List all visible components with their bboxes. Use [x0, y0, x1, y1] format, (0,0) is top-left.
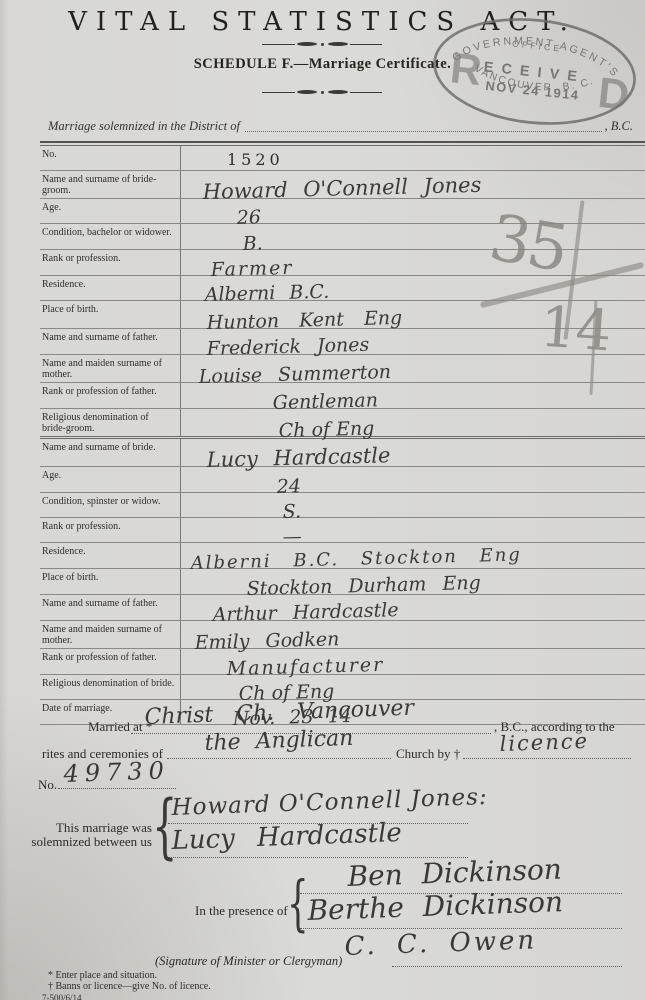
field-value: 24	[277, 477, 302, 497]
field-value: Alberni B.C.	[205, 283, 330, 305]
field-value: Gentleman	[273, 391, 379, 413]
field-value: 26	[237, 208, 262, 228]
table-row: Name and surname of bride-groom. Howard …	[40, 171, 645, 199]
presence-label: In the presence of	[195, 903, 288, 919]
licence-no-label: No.	[38, 777, 57, 793]
field-value: S.	[283, 503, 302, 522]
field-label: Residence.	[40, 276, 181, 300]
field-value: 1520	[227, 152, 284, 168]
district-line: Marriage solemnized in the District of ,…	[48, 119, 633, 134]
print-code: 7-500/6/14	[42, 993, 82, 1000]
ornament-divider	[262, 42, 382, 46]
table-row: Residence. Alberni B.C. Stockton Eng	[40, 543, 645, 569]
table-row: Name and surname of father. Arthur Hardc…	[40, 595, 645, 621]
table-row: Rank or profession. —	[40, 518, 645, 543]
field-label: Rank or profession of father.	[40, 383, 181, 408]
field-value: Farmer	[211, 259, 294, 280]
table-row: Condition, spinster or widow. S.	[40, 493, 645, 518]
minister-signature: C. C. Owen	[344, 927, 537, 960]
minister-signature-label: (Signature of Minister or Clergyman)	[155, 954, 342, 969]
district-prefix: Marriage solemnized in the District of	[48, 119, 240, 134]
rites-value: the Anglican	[204, 728, 354, 755]
table-row: Rank or profession of father. Manufactur…	[40, 649, 645, 675]
table-row: Place of birth. Stockton Durham Eng	[40, 569, 645, 595]
field-value: Frederick Jones	[207, 336, 370, 359]
field-value: —	[283, 528, 302, 547]
licence-no-value: 49730	[63, 758, 170, 786]
pencil-annotation-35: 35	[485, 206, 570, 282]
field-label: Residence.	[40, 543, 181, 568]
field-value: Ch of Eng	[279, 420, 375, 441]
field-label: Rank or profession of father.	[40, 649, 181, 674]
church-by-value: licence	[499, 731, 589, 755]
district-blank-field	[245, 119, 602, 132]
table-row: Rank or profession of father. Gentleman	[40, 383, 645, 409]
field-label: Condition, bachelor or widower.	[40, 224, 181, 249]
field-value: Emily Godken	[195, 630, 340, 653]
field-value: Arthur Hardcastle	[213, 601, 399, 625]
field-label: No.	[40, 146, 181, 170]
table-row: No. 1520	[40, 146, 645, 171]
footnote-1: * Enter place and situation.	[48, 970, 157, 981]
field-value: Lucy Hardcastle	[206, 445, 390, 471]
pencil-annotation-14: 14	[538, 300, 613, 361]
field-label: Name and maiden surname of mother.	[40, 355, 181, 382]
field-label: Place of birth.	[40, 301, 181, 328]
field-label: Name and maiden surname of mother.	[40, 621, 181, 648]
field-value: Hunton Kent Eng	[207, 309, 403, 333]
field-label: Name and surname of bride.	[40, 439, 181, 466]
field-label: Religious denomination of bride-groom.	[40, 409, 181, 436]
marriage-certificate-document: { "header": { "title": "VITAL STATISTICS…	[0, 0, 645, 1000]
stamp-letter-d: D	[596, 69, 632, 120]
field-label: Age.	[40, 467, 181, 492]
field-label: Rank or profession.	[40, 250, 181, 275]
ornament-divider	[262, 90, 382, 94]
solemnized-label-line2: solemnized between us	[28, 834, 152, 850]
table-row: Religious denomination of bride. Ch of E…	[40, 675, 645, 700]
field-value: Louise Summerton	[199, 363, 392, 387]
district-suffix: , B.C.	[605, 119, 633, 134]
field-value: B.	[243, 234, 264, 254]
table-row: Name and maiden surname of mother. Emily…	[40, 621, 645, 649]
field-label: Rank or profession.	[40, 518, 181, 542]
field-label: Condition, spinster or widow.	[40, 493, 181, 517]
field-label: Place of birth.	[40, 569, 181, 594]
table-row: Religious denomination of bride-groom. C…	[40, 409, 645, 439]
footnote-2: † Banns or licence—give No. of licence.	[48, 981, 211, 992]
church-by-label: Church by †	[396, 746, 460, 762]
field-label: Age.	[40, 199, 181, 223]
field-label: Name and surname of father.	[40, 595, 181, 620]
table-row: Age. 24	[40, 467, 645, 493]
field-value: Manufacturer	[227, 656, 385, 679]
field-label: Name and surname of bride-groom.	[40, 171, 181, 198]
field-label: Religious denomination of bride.	[40, 675, 181, 699]
bride-signature: Lucy Hardcastle	[171, 820, 402, 854]
field-label: Name and surname of father.	[40, 329, 181, 354]
presence-brace	[287, 869, 309, 939]
table-row: Name and surname of bride. Lucy Hardcast…	[40, 439, 645, 467]
